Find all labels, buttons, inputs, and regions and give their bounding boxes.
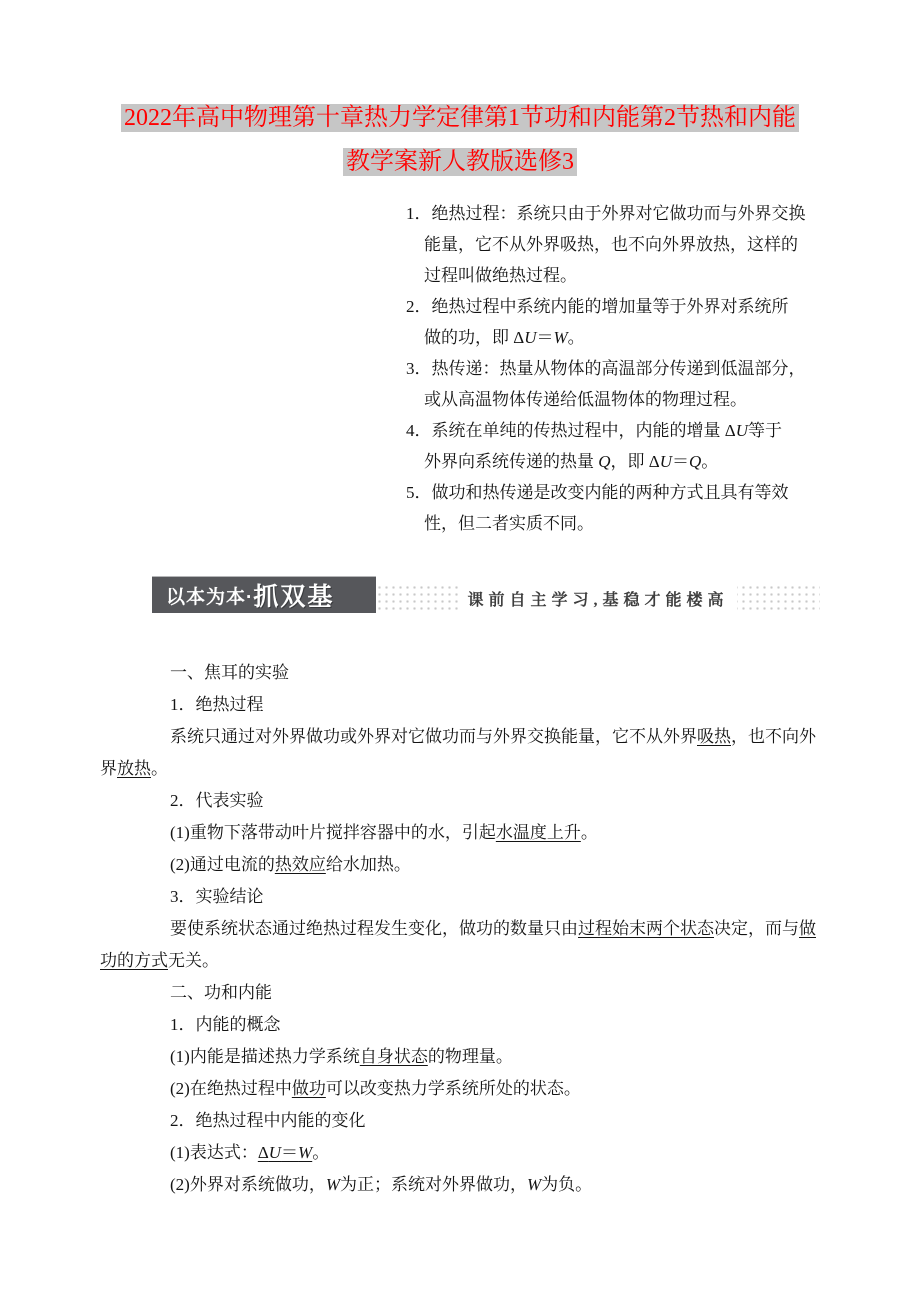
text-segment: W [527,1175,541,1194]
banner-dotted-area: 课前自主学习,基稳才能楼高 [376,584,820,613]
text-segment: 做的功，即 Δ [424,328,524,347]
summary-list: 1．绝热过程：系统只由于外界对它做功而与外界交换能量，它不从外界吸热，也不向外界… [406,198,818,539]
text-segment: 放热 [117,759,151,778]
content-line: (2)外界对系统做功，W为正；系统对外界做功，W为负。 [100,1169,820,1201]
title-line-1: 2022年高中物理第十章热力学定律第1节功和内能第2节热和内能 [121,104,799,132]
text-segment: 能量，它不从外界吸热，也不向外界放热，这样的 [424,235,798,254]
text-segment: W [298,1143,312,1162]
content-line: 1．内能的概念 [100,1009,820,1041]
text-segment: 。 [701,452,718,471]
text-segment: (1)重物下落带动叶片搅拌容器中的水，引起 [170,823,496,842]
banner-label-prefix: 以本为本· [166,582,253,609]
text-segment: ＝ [281,1143,298,1162]
content-line: (1)内能是描述热力学系统自身状态的物理量。 [100,1041,820,1073]
text-segment: (1)表达式： [170,1143,258,1162]
summary-line: 2．绝热过程中系统内能的增加量等于外界对系统所 [406,291,818,322]
content-line: 功的方式无关。 [100,945,820,977]
text-segment: 4．系统在单纯的传热过程中，内能的增量 Δ [406,421,736,440]
text-segment: 2．绝热过程中内能的变化 [170,1111,366,1130]
content-body: 一、焦耳的实验1．绝热过程系统只通过对外界做功或外界对它做功而与外界交换能量，它… [100,657,820,1201]
content-line: 一、焦耳的实验 [100,657,820,689]
text-segment: 决定，而与 [714,919,799,938]
summary-line: 4．系统在单纯的传热过程中，内能的增量 ΔU等于 [406,415,818,446]
text-segment: U [524,328,536,347]
text-segment: 3．实验结论 [170,887,264,906]
text-segment: ，也不向外 [731,727,816,746]
text-segment: 等于 [748,421,782,440]
text-segment: Q [689,452,701,471]
text-segment: (2)通过电流的 [170,855,275,874]
page-title: 2022年高中物理第十章热力学定律第1节功和内能第2节热和内能 教学案新人教版选… [0,0,920,184]
text-segment: 2．代表实验 [170,791,264,810]
title-line-1-row: 2022年高中物理第十章热力学定律第1节功和内能第2节热和内能 [0,96,920,140]
text-segment: 要使系统状态通过绝热过程发生变化，做功的数量只由 [170,919,578,938]
text-segment: 给水加热。 [326,855,411,874]
text-segment: U [269,1143,281,1162]
text-segment: U [660,452,672,471]
text-segment: 5．做功和热传递是改变内能的两种方式且具有等效 [406,483,789,502]
summary-item: 3．热传递：热量从物体的高温部分传递到低温部分，或从高温物体传递给低温物体的物理… [406,353,818,415]
text-segment: 自身状态 [360,1047,428,1066]
text-segment: 吸热 [697,727,731,746]
section-banner: 以本为本· 抓双基 课前自主学习,基稳才能楼高 [152,576,820,613]
text-segment: 。 [581,823,598,842]
summary-item: 5．做功和热传递是改变内能的两种方式且具有等效性，但二者实质不同。 [406,477,818,539]
summary-item: 4．系统在单纯的传热过程中，内能的增量 ΔU等于外界向系统传递的热量 Q，即 Δ… [406,415,818,477]
banner-label-main: 抓双基 [253,577,334,613]
content-line: 3．实验结论 [100,881,820,913]
text-segment: 3．热传递：热量从物体的高温部分传递到低温部分， [406,359,806,378]
text-segment: 过程始末两个状态 [578,919,714,938]
text-segment: ，即 Δ [611,452,660,471]
banner-tagline: 课前自主学习,基稳才能楼高 [459,586,736,611]
text-segment: 1．内能的概念 [170,1015,281,1034]
text-segment: 水温度上升 [496,823,581,842]
text-segment: 。 [568,328,585,347]
banner-label-block: 以本为本· 抓双基 [152,576,376,613]
text-segment: 界 [100,759,117,778]
text-segment: 做功 [292,1079,326,1098]
document-page: 2022年高中物理第十章热力学定律第1节功和内能第2节热和内能 教学案新人教版选… [0,0,920,1302]
text-segment: 为负。 [541,1175,592,1194]
text-segment: 系统只通过对外界做功或外界对它做功而与外界交换能量，它不从外界 [170,727,697,746]
summary-line: 3．热传递：热量从物体的高温部分传递到低温部分， [406,353,818,384]
text-segment: W [326,1175,340,1194]
content-line: (2)在绝热过程中做功可以改变热力学系统所处的状态。 [100,1073,820,1105]
text-segment: 。 [312,1143,329,1162]
text-segment: 。 [151,759,168,778]
text-segment: W [553,328,567,347]
content-line: 1．绝热过程 [100,689,820,721]
summary-line: 或从高温物体传递给低温物体的物理过程。 [406,384,818,415]
text-segment: 的物理量。 [428,1047,513,1066]
text-segment: 2．绝热过程中系统内能的增加量等于外界对系统所 [406,297,789,316]
text-segment: 做 [799,919,816,938]
text-segment: 外界向系统传递的热量 [424,452,598,471]
title-line-2: 教学案新人教版选修3 [343,148,577,176]
text-segment: (1)内能是描述热力学系统 [170,1047,360,1066]
summary-item: 2．绝热过程中系统内能的增加量等于外界对系统所做的功，即 ΔU＝W。 [406,291,818,353]
text-segment: 性，但二者实质不同。 [424,514,594,533]
text-segment: ＝ [536,328,553,347]
text-segment: 二、功和内能 [170,983,272,1002]
summary-line: 能量，它不从外界吸热，也不向外界放热，这样的 [406,229,818,260]
content-line: 系统只通过对外界做功或外界对它做功而与外界交换能量，它不从外界吸热，也不向外 [100,721,820,753]
content-line: 要使系统状态通过绝热过程发生变化，做功的数量只由过程始末两个状态决定，而与做 [100,913,820,945]
content-line: (2)通过电流的热效应给水加热。 [100,849,820,881]
banner-dark-block: 以本为本· 抓双基 [152,577,376,613]
text-segment: 功的方式 [100,951,168,970]
summary-line: 做的功，即 ΔU＝W。 [406,322,818,353]
title-line-2-row: 教学案新人教版选修3 [0,140,920,184]
content-line: (1)重物下落带动叶片搅拌容器中的水，引起水温度上升。 [100,817,820,849]
text-segment: 或从高温物体传递给低温物体的物理过程。 [424,390,747,409]
summary-line: 过程叫做绝热过程。 [406,260,818,291]
summary-item: 1．绝热过程：系统只由于外界对它做功而与外界交换能量，它不从外界吸热，也不向外界… [406,198,818,291]
text-segment: 1．绝热过程 [170,695,264,714]
text-segment: Δ [258,1143,269,1162]
text-segment: 一、焦耳的实验 [170,663,289,682]
text-segment: (2)外界对系统做功， [170,1175,326,1194]
text-segment: (2)在绝热过程中 [170,1079,292,1098]
content-line: 界放热。 [100,753,820,785]
text-segment: 为正；系统对外界做功， [340,1175,527,1194]
text-segment: 无关。 [168,951,219,970]
text-segment: 1．绝热过程：系统只由于外界对它做功而与外界交换 [406,204,806,223]
summary-line: 5．做功和热传递是改变内能的两种方式且具有等效 [406,477,818,508]
content-line: 2．代表实验 [100,785,820,817]
summary-line: 外界向系统传递的热量 Q，即 ΔU＝Q。 [406,446,818,477]
text-segment: 过程叫做绝热过程。 [424,266,577,285]
text-segment: 热效应 [275,855,326,874]
text-segment: ＝ [672,452,689,471]
text-segment: Q [598,452,610,471]
content-line: 2．绝热过程中内能的变化 [100,1105,820,1137]
content-line: (1)表达式：ΔU＝W。 [100,1137,820,1169]
summary-line: 1．绝热过程：系统只由于外界对它做功而与外界交换 [406,198,818,229]
text-segment: 可以改变热力学系统所处的状态。 [326,1079,581,1098]
content-line: 二、功和内能 [100,977,820,1009]
text-segment: U [736,421,748,440]
summary-line: 性，但二者实质不同。 [406,508,818,539]
